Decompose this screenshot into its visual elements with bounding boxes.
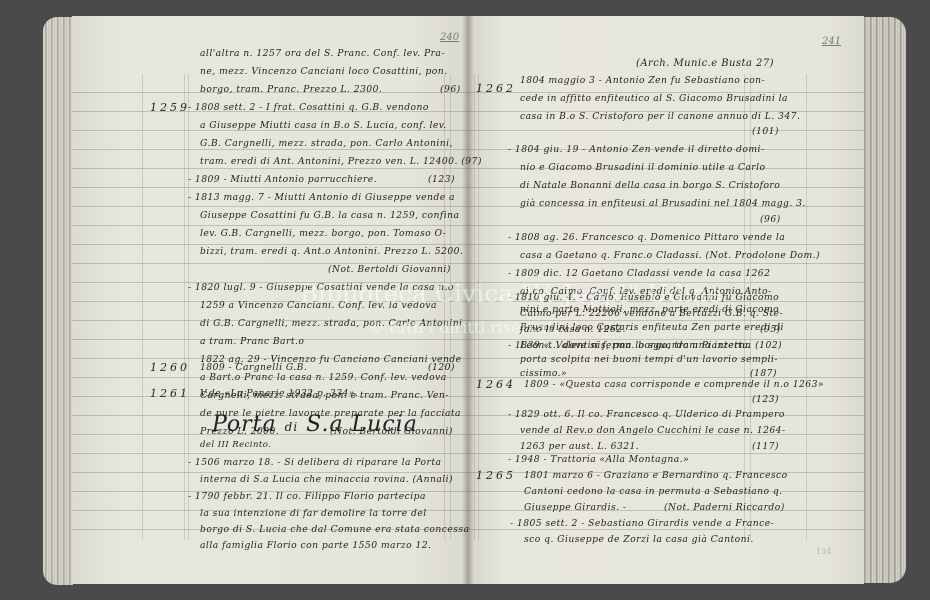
handwritten-line: G.B. Cargnelli, mezz. strada, pon. Carlo… <box>200 134 453 153</box>
right-page-number: 241 <box>822 36 841 47</box>
entry-1264-ref: (117) <box>752 437 779 456</box>
handwritten-line: casa a Gaetano q. Franc.o Cladassi. (Not… <box>520 246 820 265</box>
section-heading: Porta di S.a Lucia <box>212 412 418 437</box>
left-page-number: 240 <box>440 32 459 43</box>
handwritten-line: all'altra n. 1257 ora del S. Pranc. Conf… <box>200 44 445 63</box>
handwritten-line: Giuseppe Cosattini fu G.B. la casa n. 12… <box>200 206 459 225</box>
section-line: alla famiglia Florio con parte 1550 marz… <box>200 536 431 555</box>
entry-number: 1262 <box>476 79 516 98</box>
handwritten-line: (95) <box>760 320 781 339</box>
handwritten-line: ne, mezz. Vincenzo Canciani loco Cosatti… <box>200 62 447 81</box>
book-gutter <box>462 16 474 584</box>
entry-number: 1259 <box>150 98 190 117</box>
handwritten-line: di Natale Bonanni della casa in borgo S.… <box>520 176 780 195</box>
entry-number: 1261 <box>150 384 190 403</box>
entry-number: 1265 <box>476 466 516 485</box>
handwritten-line: (96) <box>760 210 781 229</box>
handwritten-line: - 1813 magg. 7 - Miutti Antonio di Giuse… <box>188 188 455 207</box>
entry-1264-line: 1809 - «Questa casa corrisponde e compre… <box>524 375 824 394</box>
handwritten-line: di G.B. Cargnelli, mezz. strada, pon. Ca… <box>200 314 463 333</box>
margin-rule <box>142 74 143 540</box>
handwritten-line: (101) <box>752 122 779 141</box>
left-page-edges <box>43 17 73 585</box>
entry-number: 1260 <box>150 358 190 377</box>
handwritten-line: (123) <box>428 170 455 189</box>
handwritten-line: (96) <box>440 80 461 99</box>
handwritten-line: a Giuseppe Miutti casa in B.o S. Lucia, … <box>200 116 447 135</box>
footer-stamp: 134 <box>816 547 831 556</box>
handwritten-line: - 1809 dic. 12 Gaetano Cladassi vende la… <box>508 264 770 283</box>
entry-number: 1264 <box>476 375 516 394</box>
heading-di: di <box>285 420 299 434</box>
handwritten-line: 1259 a Vincenzo Canciani. Conf. lev. la … <box>200 296 437 315</box>
handwritten-line: - 1808 sett. 2 - I frat. Cosattini q. G.… <box>188 98 429 117</box>
handwritten-line: lev. G.B. Cargnelli, mezz. borgo, pon. T… <box>200 224 446 243</box>
entry-1260-ref: (120) <box>428 358 455 377</box>
handwritten-line: - 1808 ag. 26. Francesco q. Domenico Pit… <box>508 228 785 247</box>
handwritten-line: tram. eredi di Ant. Antonini, Prezzo ven… <box>200 152 482 171</box>
entry-1261-text: V.de «La Panarie 1932 p. 334». <box>200 384 358 403</box>
heading-porta: Porta <box>212 412 277 437</box>
entry-1265-line: sco q. Giuseppe de Zorzi la casa già Can… <box>524 530 754 549</box>
right-page-edges <box>862 17 906 583</box>
open-ledger-book: 240 241 all'altra n. 1257 ora del S. Pra… <box>0 0 930 600</box>
handwritten-line: nio e Giacomo Brusadini il dominio utile… <box>520 158 766 177</box>
handwritten-line: 1804 maggio 3 - Antonio Zen fu Sebastian… <box>520 71 765 90</box>
handwritten-line: - 1820 lugl. 9 - Giuseppe Cosattini vend… <box>188 278 454 297</box>
handwritten-line: bizzi, tram. eredi q. Ant.o Antonini. Pr… <box>200 242 463 261</box>
handwritten-line: (Not. Bertoldi Giovanni) <box>328 260 451 279</box>
handwritten-line: a tram. Pranc Bart.o <box>200 332 304 351</box>
handwritten-line: - 1809 - Miutti Antonio parrucchiere. <box>188 170 377 189</box>
margin-rule <box>184 74 185 540</box>
entry-1260-text: 1809 - Cargnelli G.B. <box>200 358 307 377</box>
handwritten-line: cede in affitto enfiteutico al S. Giacom… <box>520 89 788 108</box>
handwritten-line: - 1804 giu. 19 - Antonio Zen vende il di… <box>508 140 764 159</box>
handwritten-line: borgo, tram. Pranc. Prezzo L. 2300. <box>200 80 382 99</box>
heading-lucia: S.a Lucia <box>306 412 418 437</box>
margin-rule <box>806 74 807 540</box>
margin-rule <box>474 74 475 540</box>
